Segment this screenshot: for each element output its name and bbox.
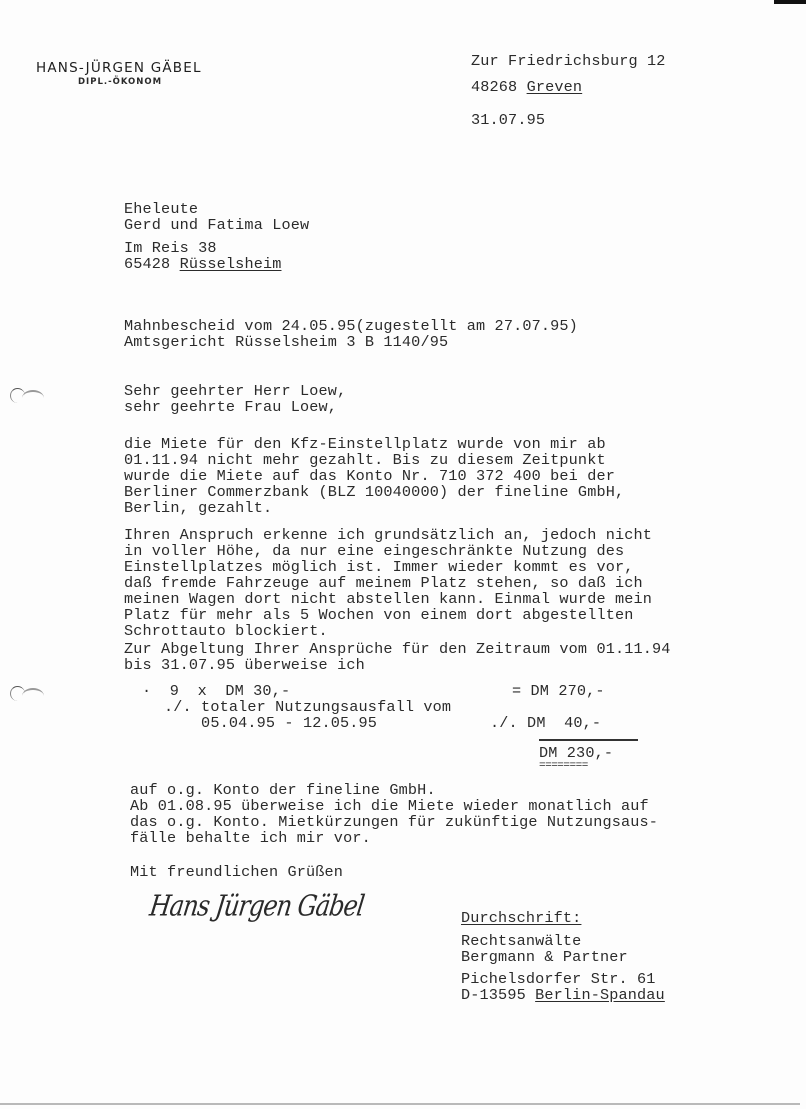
paragraph2-line: Schrottauto blockiert. <box>124 623 328 639</box>
subject-line1: Mahnbescheid vom 24.05.95(zugestellt am … <box>124 318 578 334</box>
calc-row1-left: · 9 x DM 30,- <box>142 683 290 699</box>
paragraph3-line: bis 31.07.95 überweise ich <box>124 657 365 673</box>
sum-rule <box>539 739 638 741</box>
paragraph4-line: auf o.g. Konto der fineline GmbH. <box>130 782 436 798</box>
scan-edge-top <box>774 0 806 4</box>
paragraph3-line: Zur Abgeltung Ihrer Ansprüche für den Ze… <box>124 641 671 657</box>
salutation-line2: sehr geehrte Frau Loew, <box>124 399 337 415</box>
calc-total: DM 230,- <box>539 745 613 761</box>
calc-row1-right: = DM 270,- <box>512 683 605 699</box>
paragraph4-line: Ab 01.08.95 überweise ich die Miete wied… <box>130 798 649 814</box>
letterhead-name: HANS-JÜRGEN GÄBEL <box>36 60 202 76</box>
sender-zip: 48268 <box>471 78 517 96</box>
hole-punch-mark-top <box>2 386 42 400</box>
recipient-city-line: 65428 Rüsselsheim <box>124 256 282 272</box>
paragraph2-line: Einstellplatzes möglich ist. Immer wiede… <box>124 559 634 575</box>
letterhead-title: DIPL.-ÖKONOM <box>78 77 162 87</box>
letter-page: HANS-JÜRGEN GÄBEL DIPL.-ÖKONOM Zur Fried… <box>0 0 806 1109</box>
paragraph2-line: meinen Wagen dort nicht abstellen kann. … <box>124 591 652 607</box>
copy-label: Durchschrift: <box>461 910 581 926</box>
sender-street: Zur Friedrichsburg 12 <box>471 53 666 69</box>
copy-city: Berlin-Spandau <box>535 986 665 1004</box>
subject-line2: Amtsgericht Rüsselsheim 3 B 1140/95 <box>124 334 448 350</box>
paragraph1-line: Berliner Commerzbank (BLZ 10040000) der … <box>124 484 624 500</box>
paragraph4-line: das o.g. Konto. Mietkürzungen für zukünf… <box>130 814 658 830</box>
paragraph4-line: fälle behalte ich mir vor. <box>130 830 371 846</box>
copy-line2: Bergmann & Partner <box>461 949 628 965</box>
paragraph1-line: wurde die Miete auf das Konto Nr. 710 37… <box>124 468 615 484</box>
closing: Mit freundlichen Grüßen <box>130 864 343 880</box>
copy-zip: D-13595 <box>461 986 526 1004</box>
sender-city: Greven <box>527 78 583 96</box>
handwritten-signature: Hans Jürgen Gäbel <box>148 889 366 923</box>
paragraph2-line: Ihren Anspruch erkenne ich grundsätzlich… <box>124 527 652 543</box>
letter-date: 31.07.95 <box>471 112 545 128</box>
recipient-zip: 65428 <box>124 255 170 273</box>
total-double-underline: ======== <box>539 760 588 772</box>
paragraph1-line: 01.11.94 nicht mehr gezahlt. Bis zu dies… <box>124 452 606 468</box>
paragraph1-line: die Miete für den Kfz-Einstellplatz wurd… <box>124 436 606 452</box>
recipient-line1: Eheleute <box>124 201 198 217</box>
paragraph2-line: daß fremde Fahrzeuge auf meinem Platz st… <box>124 575 643 591</box>
recipient-line2: Gerd und Fatima Loew <box>124 217 309 233</box>
salutation-line1: Sehr geehrter Herr Loew, <box>124 383 346 399</box>
copy-street: Pichelsdorfer Str. 61 <box>461 971 656 987</box>
recipient-street: Im Reis 38 <box>124 240 217 256</box>
hole-punch-mark-bottom <box>2 684 42 698</box>
recipient-city: Rüsselsheim <box>180 255 282 273</box>
copy-city-line: D-13595 Berlin-Spandau <box>461 987 665 1003</box>
calc-row2-right: ./. DM 40,- <box>490 715 601 731</box>
paragraph2-line: Platz für mehr als 5 Wochen von einem do… <box>124 607 634 623</box>
calc-row2-left-b: 05.04.95 - 12.05.95 <box>164 715 377 731</box>
paragraph2-line: in voller Höhe, da nur eine eingeschränk… <box>124 543 624 559</box>
scan-edge-bottom <box>0 1103 800 1105</box>
calc-row2-left-a: ./. totaler Nutzungsausfall vom <box>164 699 451 715</box>
copy-line1: Rechtsanwälte <box>461 933 581 949</box>
sender-city-line: 48268 Greven <box>471 79 582 95</box>
paragraph1-line: Berlin, gezahlt. <box>124 500 272 516</box>
